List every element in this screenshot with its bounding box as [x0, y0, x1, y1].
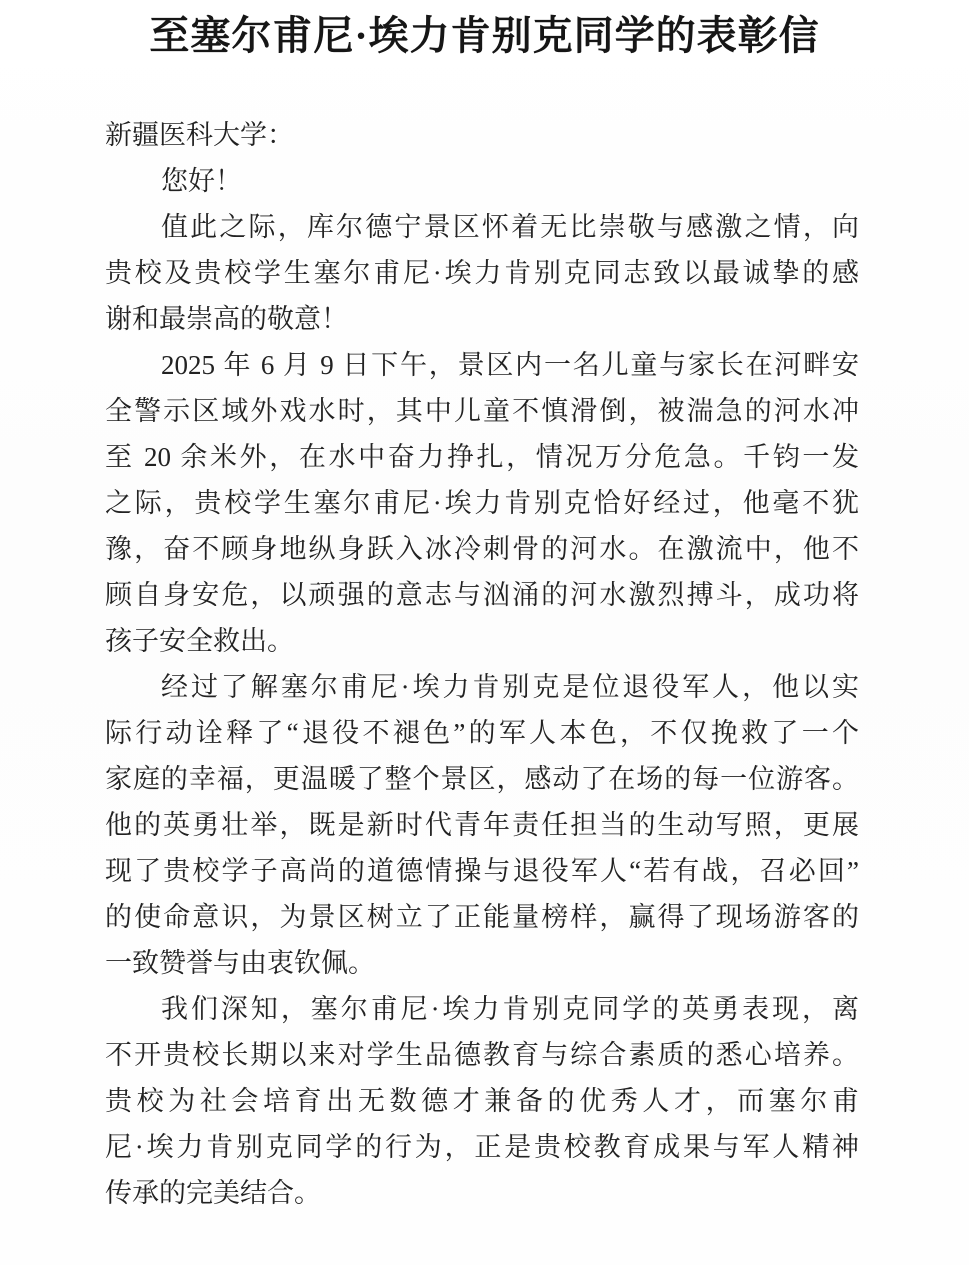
p3-line7: 一致赞誉与由衷钦佩。 — [105, 940, 859, 986]
p3-line6: 的使命意识，为景区树立了正能量榜样，赢得了现场游客的 — [105, 894, 859, 940]
letter-body: 新疆医科大学： 您好！ 值此之际，库尔德宁景区怀着无比崇敬与感激之情，向 贵校及… — [105, 112, 859, 1216]
p4-line3: 贵校为社会培育出无数德才兼备的优秀人才，而塞尔甫 — [105, 1078, 859, 1124]
p2-line6: 顾自身安危，以顽强的意志与汹涌的河水激烈搏斗，成功将 — [105, 572, 859, 618]
p3-line1: 经过了解塞尔甫尼·埃力肯别克是位退役军人，他以实 — [105, 664, 859, 710]
p4-line1: 我们深知，塞尔甫尼·埃力肯别克同学的英勇表现，离 — [105, 986, 859, 1032]
p3-line2: 际行动诠释了“退役不褪色”的军人本色，不仅挽救了一个 — [105, 710, 859, 756]
greeting-line: 您好！ — [105, 158, 859, 204]
p1-line3: 谢和最崇高的敬意！ — [105, 296, 859, 342]
letter-page: 至塞尔甫尼·埃力肯别克同学的表彰信 新疆医科大学： 您好！ 值此之际，库尔德宁景… — [0, 0, 969, 1265]
p2-line5: 豫，奋不顾身地纵身跃入冰冷刺骨的河水。在激流中，他不 — [105, 526, 859, 572]
p2-line4: 之际，贵校学生塞尔甫尼·埃力肯别克恰好经过，他毫不犹 — [105, 480, 859, 526]
p2-line1: 2025 年 6 月 9 日下午，景区内一名儿童与家长在河畔安 — [105, 342, 859, 388]
p4-line4: 尼·埃力肯别克同学的行为，正是贵校教育成果与军人精神 — [105, 1124, 859, 1170]
letter-title: 至塞尔甫尼·埃力肯别克同学的表彰信 — [0, 10, 969, 62]
p3-line4: 他的英勇壮举，既是新时代青年责任担当的生动写照，更展 — [105, 802, 859, 848]
p2-line2: 全警示区域外戏水时，其中儿童不慎滑倒，被湍急的河水冲 — [105, 388, 859, 434]
p2-line3: 至 20 余米外，在水中奋力挣扎，情况万分危急。千钧一发 — [105, 434, 859, 480]
p3-line5: 现了贵校学子高尚的道德情操与退役军人“若有战，召必回” — [105, 848, 859, 894]
p1-line2: 贵校及贵校学生塞尔甫尼·埃力肯别克同志致以最诚挚的感 — [105, 250, 859, 296]
p3-line3: 家庭的幸福，更温暖了整个景区，感动了在场的每一位游客。 — [105, 756, 859, 802]
p4-line5: 传承的完美结合。 — [105, 1170, 859, 1216]
p1-line1: 值此之际，库尔德宁景区怀着无比崇敬与感激之情，向 — [105, 204, 859, 250]
salutation-line: 新疆医科大学： — [105, 112, 859, 158]
p4-line2: 不开贵校长期以来对学生品德教育与综合素质的悉心培养。 — [105, 1032, 859, 1078]
p2-line7: 孩子安全救出。 — [105, 618, 859, 664]
